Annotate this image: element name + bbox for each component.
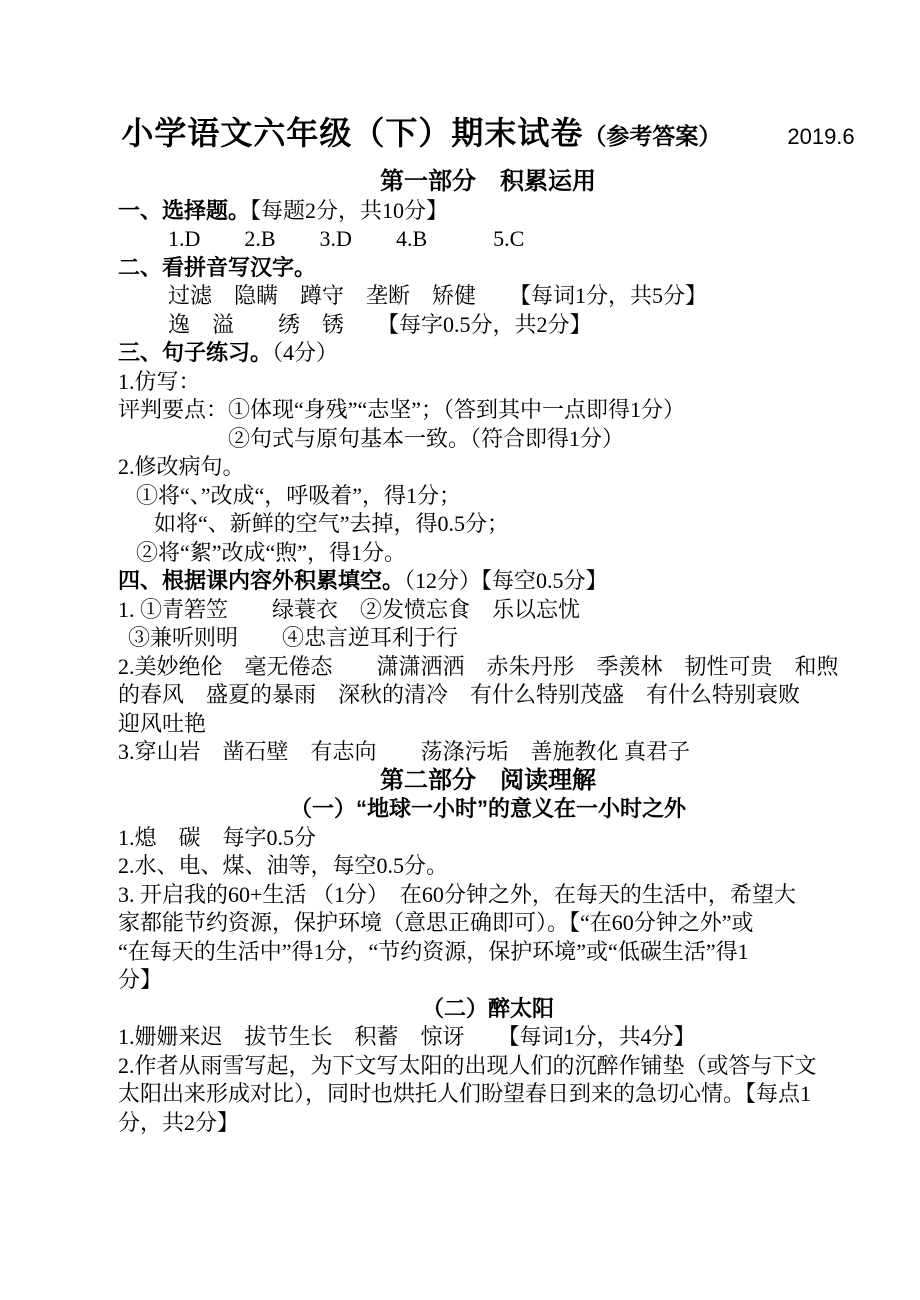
page-date: 2019.6 bbox=[787, 114, 854, 160]
q1-heading: 一、选择题。【每题2分，共10分】 bbox=[118, 197, 858, 226]
q2-label: 二、看拼音写汉字。 bbox=[118, 255, 316, 280]
page-title-sub: （参考答案） bbox=[583, 113, 721, 159]
q1-label: 一、选择题。 bbox=[118, 198, 250, 223]
q3-item2-label: 2.修改病句。 bbox=[118, 453, 858, 482]
part2-header: 第二部分 阅读理解 bbox=[118, 767, 858, 796]
passage1-title: （一）“地球一小时”的意义在一小时之外 bbox=[118, 795, 858, 824]
document-title-row: 小学语文六年级（下）期末试卷 （参考答案） 2019.6 bbox=[118, 110, 858, 156]
q2-answer-line1: 过滤 隐瞒 蹲守 垄断 矫健 【每词1分，共5分】 bbox=[118, 282, 858, 311]
q3-item2-point1b: 如将“、新鲜的空气”去掉，得0.5分； bbox=[118, 510, 858, 539]
part1-header: 第一部分 积累运用 bbox=[118, 168, 858, 197]
q4-item3: 3.穿山岩 凿石壁 有志向 荡涤污垢 善施教化 真君子 bbox=[118, 738, 858, 767]
passage1-answer2: 2.水、电、煤、油等，每空0.5分。 bbox=[118, 852, 858, 881]
q4-score-note: （12分）【每空0.5分】 bbox=[404, 568, 608, 593]
exam-answer-sheet: 小学语文六年级（下）期末试卷 （参考答案） 2019.6 第一部分 积累运用 一… bbox=[0, 0, 920, 1300]
q4-item1-line1: 1. ①青箬笠 绿蓑衣 ②发愤忘食 乐以忘忧 bbox=[118, 596, 858, 625]
page-title: 小学语文六年级（下）期末试卷 bbox=[121, 110, 583, 156]
q2-answer-line2: 逸 溢 绣 锈 【每字0.5分，共2分】 bbox=[118, 311, 858, 340]
q1-score-note: 【每题2分，共10分】 bbox=[250, 198, 448, 223]
q3-label: 三、句子练习。 bbox=[118, 340, 272, 365]
q4-item2: 2.美妙绝伦 毫无倦态 潇潇洒洒 赤朱丹彤 季羡林 韧性可贵 和煦 的春风 盛夏… bbox=[118, 653, 858, 739]
q1-answers: 1.D 2.B 3.D 4.B 5.C bbox=[118, 225, 858, 254]
passage1-answer3: 3. 开启我的60+生活 （1分） 在60分钟之外，在每天的生活中，希望大 家都… bbox=[118, 881, 858, 995]
passage1-answer1: 1.熄 碳 每字0.5分 bbox=[118, 824, 858, 853]
passage2-title: （二）醉太阳 bbox=[118, 995, 858, 1024]
q3-item1-label: 1.仿写： bbox=[118, 368, 858, 397]
q3-item2-point1: ①将“、”改成“，呼吸着”，得1分； bbox=[118, 482, 858, 511]
q4-heading: 四、根据课内容外积累填空。（12分）【每空0.5分】 bbox=[118, 567, 858, 596]
q3-item1-point2: ②句式与原句基本一致。（符合即得1分） bbox=[118, 425, 858, 454]
q3-heading: 三、句子练习。（4分） bbox=[118, 339, 858, 368]
document-content: 小学语文六年级（下）期末试卷 （参考答案） 2019.6 第一部分 积累运用 一… bbox=[118, 110, 858, 1137]
passage2-answer2: 2.作者从雨雪写起，为下文写太阳的出现人们的沉醉作铺垫（或答与下文 太阳出来形成… bbox=[118, 1052, 858, 1138]
q2-heading: 二、看拼音写汉字。 bbox=[118, 254, 858, 283]
q3-item2-point2: ②将“絮”改成“煦”，得1分。 bbox=[118, 539, 858, 568]
q4-item1-line2: ③兼听则明 ④忠言逆耳利于行 bbox=[118, 624, 858, 653]
passage2-answer1: 1.姗姗来迟 拔节生长 积蓄 惊讶 【每词1分，共4分】 bbox=[118, 1023, 858, 1052]
q4-label: 四、根据课内容外积累填空。 bbox=[118, 568, 404, 593]
q3-score-note: （4分） bbox=[272, 340, 338, 365]
q3-item1-point1: 评判要点：①体现“身残”“志坚”；（答到其中一点即得1分） bbox=[118, 396, 858, 425]
